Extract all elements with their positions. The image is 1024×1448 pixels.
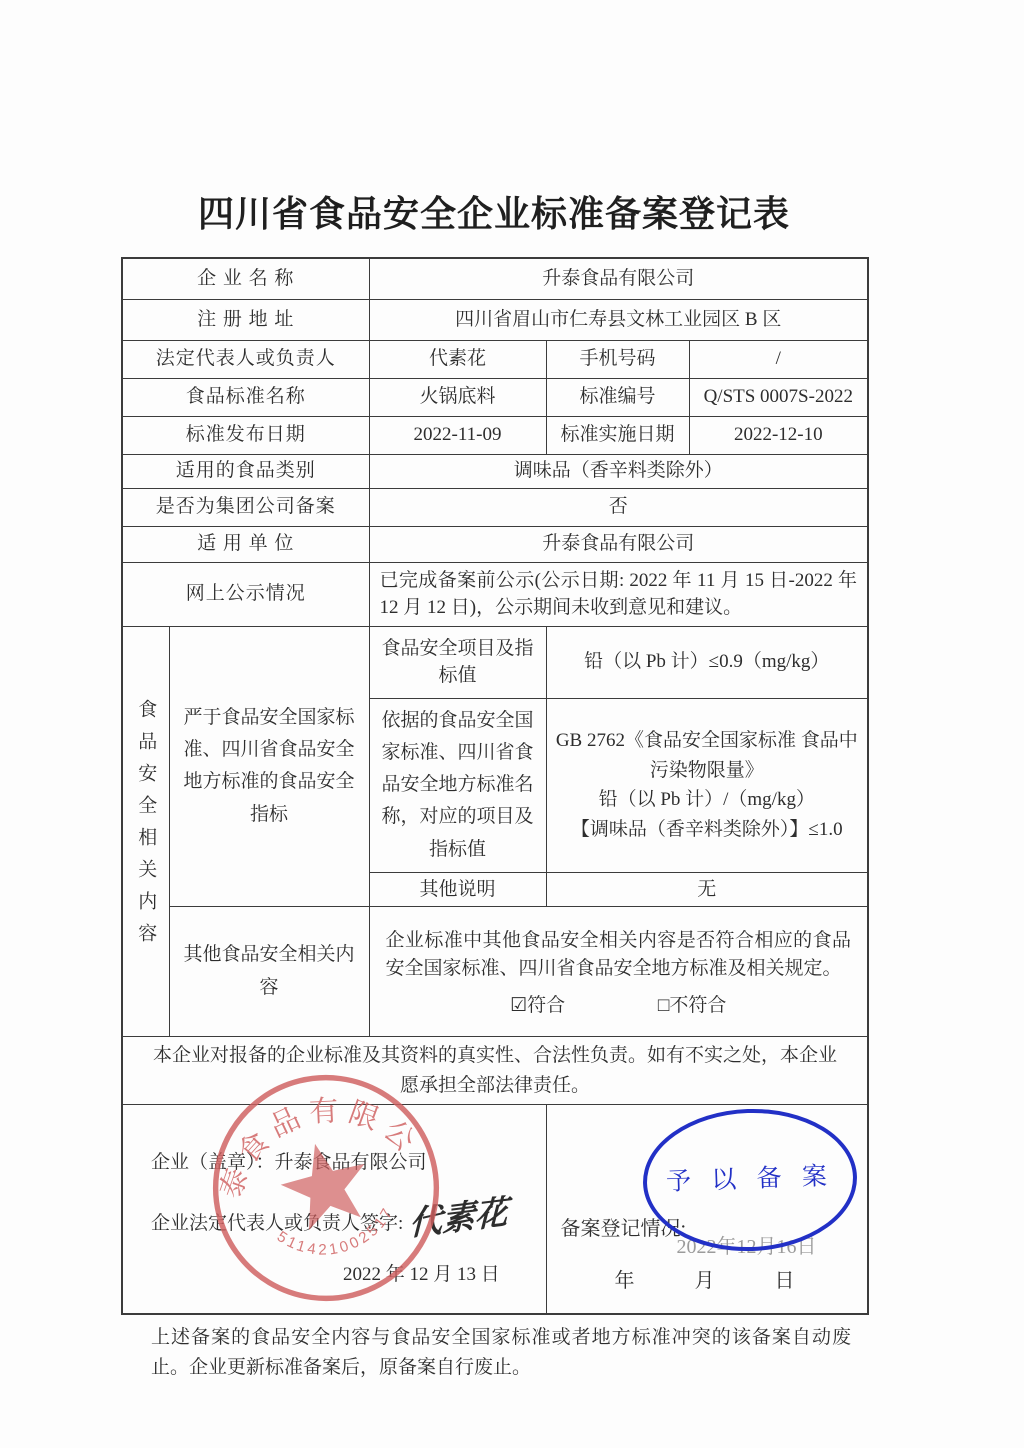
applicable-unit-label: 适 用 单 位 — [122, 526, 369, 562]
publish-date-value: 2022-11-09 — [369, 416, 546, 454]
year-month-day-blanks: 年 月 日 — [615, 1267, 795, 1296]
address-value: 四川省眉山市仁寿县文林工业园区 B 区 — [369, 299, 868, 340]
other-safety-value: 企业标准中其他食品安全相关内容是否符合相应的食品安全国家标准、四川省食品安全地方… — [369, 907, 868, 1037]
scanned-document-page: 四川省食品安全企业标准备案登记表 企 业 名 称 升泰食品有限公司 注 册 地 … — [0, 0, 1024, 1448]
row-safety-item: 食品安全相关内容 严于食品安全国家标准、四川省食品安全地方标准的食品安全指标 食… — [122, 626, 868, 698]
row-other-safety-content: 其他食品安全相关内容 企业标准中其他食品安全相关内容是否符合相应的食品安全国家标… — [122, 907, 868, 1037]
phone-label: 手机号码 — [546, 340, 689, 378]
company-name-value: 升泰食品有限公司 — [369, 258, 868, 299]
applicable-unit-value: 升泰食品有限公司 — [369, 526, 868, 562]
handwritten-signature: 代素花 — [409, 1195, 508, 1240]
group-filing-label: 是否为集团公司备案 — [122, 488, 369, 526]
declaration-text: 本企业对报备的企业标准及其资料的真实性、合法性负责。如有不实之处，本企业愿承担全… — [122, 1037, 868, 1105]
safety-item-label: 食品安全项目及指标值 — [369, 626, 546, 698]
basis-standard-line: GB 2762《食品安全国家标准 食品中污染物限量》 — [553, 726, 862, 785]
standard-no-value: Q/STS 0007S-2022 — [689, 378, 868, 416]
row-declaration: 本企业对报备的企业标准及其资料的真实性、合法性负责。如有不实之处，本企业愿承担全… — [122, 1037, 868, 1105]
signoff-right-cell: 予 以 备 案 备案登记情况: 2022年12月16日 年 月 日 — [546, 1104, 868, 1314]
basis-lead-line: 铅（以 Pb 计）/（mg/kg） — [553, 785, 862, 814]
standard-name-value: 火锅底料 — [369, 378, 546, 416]
registration-form: 四川省食品安全企业标准备案登记表 企 业 名 称 升泰食品有限公司 注 册 地 … — [121, 186, 867, 1382]
impl-date-label: 标准实施日期 — [546, 416, 689, 454]
standard-name-label: 食品标准名称 — [122, 378, 369, 416]
safety-side-label-text: 食品安全相关内容 — [136, 699, 155, 955]
checkbox-noncompliant: □不符合 — [658, 995, 726, 1016]
row-legal-rep: 法定代表人或负责人 代素花 手机号码 / — [122, 340, 868, 378]
sign-date: 2022 年 12 月 13 日 — [343, 1261, 500, 1289]
phone-value: / — [689, 340, 868, 378]
row-address: 注 册 地 址 四川省眉山市仁寿县文林工业园区 B 区 — [122, 299, 868, 340]
registration-table: 企 业 名 称 升泰食品有限公司 注 册 地 址 四川省眉山市仁寿县文林工业园区… — [121, 257, 869, 1315]
safety-item-value: 铅（以 Pb 计）≤0.9（mg/kg） — [546, 626, 868, 698]
other-note-value: 无 — [546, 873, 868, 907]
page-title: 四川省食品安全企业标准备案登记表 — [121, 186, 867, 237]
publicity-label: 网上公示情况 — [122, 562, 369, 626]
group-filing-value: 否 — [369, 488, 868, 526]
approval-stamp-text: 予 以 备 案 — [665, 1159, 834, 1201]
strict-indicator-label: 严于食品安全国家标准、四川省食品安全地方标准的食品安全指标 — [169, 626, 369, 906]
row-dates: 标准发布日期 2022-11-09 标准实施日期 2022-12-10 — [122, 416, 868, 454]
signoff-left-cell: 升泰食品有限公司 511421002517 企业（盖章）：升泰食品有限公司 企业… — [122, 1104, 546, 1314]
company-name-label: 企 业 名 称 — [122, 258, 369, 299]
row-group-filing: 是否为集团公司备案 否 — [122, 488, 868, 526]
address-label: 注 册 地 址 — [122, 299, 369, 340]
checkbox-compliant: ☑符合 — [510, 995, 565, 1016]
category-label: 适用的食品类别 — [122, 454, 369, 488]
safety-basis-label: 依据的食品安全国家标准、四川省食品安全地方标准名称，对应的项目及指标值 — [369, 698, 546, 872]
row-applicable-unit: 适 用 单 位 升泰食品有限公司 — [122, 526, 868, 562]
row-category: 适用的食品类别 调味品（香辛料类除外） — [122, 454, 868, 488]
safety-side-label: 食品安全相关内容 — [122, 626, 169, 1036]
standard-no-label: 标准编号 — [546, 378, 689, 416]
row-company-name: 企 业 名 称 升泰食品有限公司 — [122, 258, 868, 299]
other-note-label: 其他说明 — [369, 873, 546, 907]
basis-limit-line: 【调味品（香辛料类除外）】≤1.0 — [553, 815, 862, 844]
category-value: 调味品（香辛料类除外） — [369, 454, 868, 488]
other-safety-text: 企业标准中其他食品安全相关内容是否符合相应的食品安全国家标准、四川省食品安全地方… — [376, 923, 862, 986]
safety-basis-value: GB 2762《食品安全国家标准 食品中污染物限量》 铅（以 Pb 计）/（mg… — [546, 698, 868, 872]
signature-label: 企业法定代表人或负责人签字: — [151, 1213, 403, 1234]
compliance-checkline: ☑符合 □不符合 — [376, 992, 862, 1020]
legal-rep-label: 法定代表人或负责人 — [122, 340, 369, 378]
publish-date-label: 标准发布日期 — [122, 416, 369, 454]
row-signoff: 升泰食品有限公司 511421002517 企业（盖章）：升泰食品有限公司 企业… — [122, 1104, 868, 1314]
impl-date-value: 2022-12-10 — [689, 416, 868, 454]
publicity-value: 已完成备案前公示(公示日期: 2022 年 11 月 15 日-2022 年 1… — [369, 562, 868, 626]
footer-note: 上述备案的食品安全内容与食品安全国家标准或者地方标准冲突的该备案自动废止。企业更… — [151, 1323, 851, 1382]
signature-line: 企业法定代表人或负责人签字:代素花 — [151, 1201, 508, 1238]
other-safety-label: 其他食品安全相关内容 — [169, 907, 369, 1037]
company-seal-line: 企业（盖章）：升泰食品有限公司 — [151, 1149, 427, 1177]
row-standard-name: 食品标准名称 火锅底料 标准编号 Q/STS 0007S-2022 — [122, 378, 868, 416]
row-publicity: 网上公示情况 已完成备案前公示(公示日期: 2022 年 11 月 15 日-2… — [122, 562, 868, 626]
legal-rep-value: 代素花 — [369, 340, 546, 378]
